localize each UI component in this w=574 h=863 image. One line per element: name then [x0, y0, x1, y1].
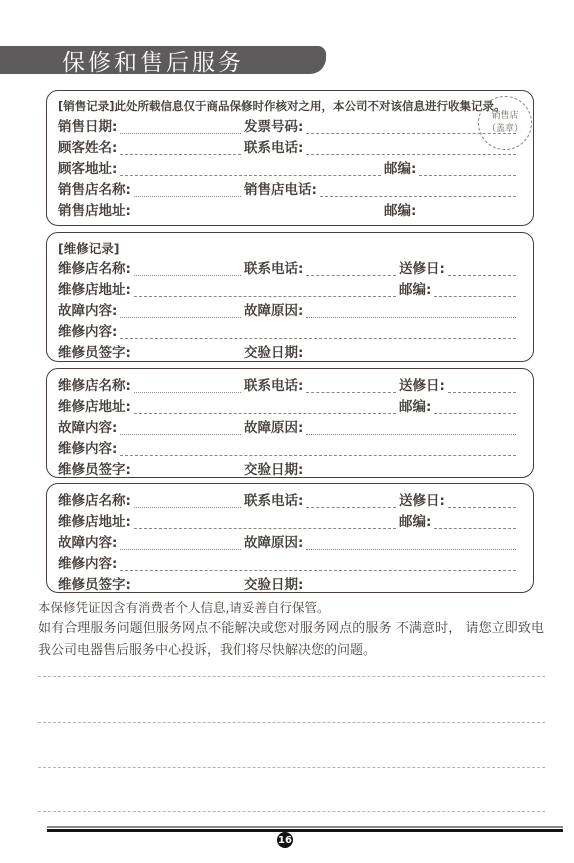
- sales-shop-address-label: 销售店地址:: [58, 203, 131, 220]
- send-date-blank-line: [448, 382, 516, 393]
- complaint-notice-text: 如有合理服务问题但服务网点不能解决或您对服务网点的服务 不满意时， 请您立即致电…: [38, 618, 544, 661]
- repair-content-blank-line: [120, 445, 516, 456]
- repair-content-label: 维修内容:: [58, 556, 117, 573]
- warranty-service-page: 保修和售后服务 [销售记录]此处所载信息仅于商品保修时作核对之用，本公司不对该信…: [0, 0, 574, 863]
- repair-shop-name-blank-line: [134, 265, 241, 276]
- repairer-signature-label: 维修员签字:: [58, 462, 131, 479]
- repairer-signature-label: 维修员签字:: [58, 345, 131, 362]
- repair-address-row: 维修店地址: 邮编:: [58, 395, 519, 416]
- repair-content-blank-line: [120, 560, 516, 571]
- repair-shop-address-label: 维修店地址:: [58, 282, 131, 299]
- repair-record-section-3: 维修店名称: 联系电话: 送修日: 维修店地址: 邮编:: [46, 483, 534, 593]
- repair-shop-row: 维修店名称: 联系电话: 送修日:: [58, 257, 519, 278]
- repair-zip-blank-line: [434, 403, 516, 414]
- fault-reason-blank-line: [306, 539, 516, 550]
- customer-address-label: 顾客地址:: [58, 161, 117, 178]
- repair-zip-blank-line: [434, 286, 516, 297]
- fault-row: 故障内容: 故障原因:: [58, 299, 519, 320]
- repair-record-title: [维修记录]: [58, 238, 519, 257]
- keep-notice-text: 本保修凭证因含有消费者个人信息,请妥善自行保管。: [38, 598, 329, 616]
- sale-date-blank-line: [120, 123, 241, 134]
- sales-record-section: [销售记录]此处所载信息仅于商品保修时作核对之用，本公司不对该信息进行收集记录。…: [46, 90, 534, 226]
- repair-contact-phone-blank-line: [306, 265, 396, 276]
- repair-shop-name-blank-line: [134, 497, 241, 508]
- invoice-no-label: 发票号码:: [244, 119, 303, 136]
- blank-note-line: [38, 676, 545, 677]
- repair-contact-phone-label: 联系电话:: [244, 493, 303, 510]
- signature-row: 维修员签字: 交验日期:: [58, 341, 519, 362]
- page-title: 保修和售后服务: [62, 44, 244, 77]
- repair-zip-blank-line: [434, 518, 516, 529]
- send-date-blank-line: [448, 265, 516, 276]
- fault-reason-blank-line: [306, 307, 516, 318]
- repair-content-row: 维修内容:: [58, 552, 519, 573]
- fault-content-label: 故障内容:: [58, 420, 117, 437]
- sale-date-row: 销售日期: 发票号码:: [58, 115, 519, 136]
- repair-record-section-2: 维修店名称: 联系电话: 送修日: 维修店地址: 邮编:: [46, 368, 534, 478]
- repair-shop-address-label: 维修店地址:: [58, 399, 131, 416]
- zip-blank-line: [419, 165, 516, 176]
- sale-date-label: 销售日期:: [58, 119, 117, 136]
- blank-note-line: [38, 722, 545, 723]
- fault-reason-blank-line: [306, 424, 516, 435]
- fault-content-label: 故障内容:: [58, 303, 117, 320]
- customer-address-blank-line: [120, 165, 381, 176]
- footer-rule-gray: [47, 826, 563, 828]
- repair-address-row: 维修店地址: 邮编:: [58, 278, 519, 299]
- repair-content-label: 维修内容:: [58, 441, 117, 458]
- zip-label: 邮编:: [399, 399, 431, 416]
- fault-content-label: 故障内容:: [58, 535, 117, 552]
- stamp-line1: 销售店: [491, 110, 518, 123]
- repair-content-label: 维修内容:: [58, 324, 117, 341]
- fault-reason-label: 故障原因:: [244, 535, 303, 552]
- zip-label: 邮编:: [399, 514, 431, 531]
- zip-label: 邮编:: [384, 161, 416, 178]
- sales-shop-name-label: 销售店名称:: [58, 182, 131, 199]
- sales-shop-name-blank-line: [134, 186, 241, 197]
- repair-shop-row: 维修店名称: 联系电话: 送修日:: [58, 374, 519, 395]
- repair-contact-phone-label: 联系电话:: [244, 261, 303, 278]
- fault-row: 故障内容: 故障原因:: [58, 416, 519, 437]
- zip-label: 邮编:: [399, 282, 431, 299]
- repair-address-row: 维修店地址: 邮编:: [58, 510, 519, 531]
- check-date-label: 交验日期:: [244, 577, 303, 594]
- repairer-signature-label: 维修员签字:: [58, 577, 131, 594]
- fault-content-blank-line: [120, 539, 241, 550]
- customer-name-label: 顾客姓名:: [58, 140, 117, 157]
- customer-address-row: 顾客地址: 邮编:: [58, 157, 519, 178]
- send-date-label: 送修日:: [399, 378, 445, 395]
- fault-content-blank-line: [120, 424, 241, 435]
- send-date-label: 送修日:: [399, 493, 445, 510]
- repair-record-section-1: [维修记录] 维修店名称: 联系电话: 送修日: 维修店地址: 邮编:: [46, 232, 534, 362]
- repair-shop-name-blank-line: [134, 382, 241, 393]
- sales-shop-phone-label: 销售店电话:: [244, 182, 317, 199]
- seller-stamp-circle: 销售店 （盖章）: [478, 96, 532, 150]
- send-date-blank-line: [448, 497, 516, 508]
- contact-phone-blank-line: [306, 144, 516, 155]
- fault-reason-label: 故障原因:: [244, 420, 303, 437]
- signature-row: 维修员签字: 交验日期:: [58, 573, 519, 594]
- repair-contact-phone-blank-line: [306, 382, 396, 393]
- fault-reason-label: 故障原因:: [244, 303, 303, 320]
- repair-shop-name-label: 维修店名称:: [58, 261, 131, 278]
- fault-content-blank-line: [120, 307, 241, 318]
- signature-row: 维修员签字: 交验日期:: [58, 458, 519, 479]
- repair-shop-address-label: 维修店地址:: [58, 514, 131, 531]
- sales-shop-name-row: 销售店名称: 销售店电话:: [58, 178, 519, 199]
- zip-label: 邮编:: [384, 203, 416, 220]
- repair-shop-address-blank-line: [134, 403, 396, 414]
- contact-phone-label: 联系电话:: [244, 140, 303, 157]
- repair-content-blank-line: [120, 328, 516, 339]
- blank-note-line: [38, 811, 545, 812]
- repair-shop-name-label: 维修店名称:: [58, 493, 131, 510]
- repair-contact-phone-label: 联系电话:: [244, 378, 303, 395]
- repair-content-row: 维修内容:: [58, 320, 519, 341]
- repair-shop-name-label: 维修店名称:: [58, 378, 131, 395]
- sales-shop-phone-blank-line: [320, 186, 516, 197]
- blank-note-line: [38, 767, 545, 768]
- repair-contact-phone-blank-line: [306, 497, 396, 508]
- stamp-line2: （盖章）: [487, 123, 523, 136]
- sales-shop-address-row: 销售店地址: 邮编:: [58, 199, 519, 220]
- repair-shop-address-blank-line: [134, 286, 396, 297]
- repair-content-row: 维修内容:: [58, 437, 519, 458]
- send-date-label: 送修日:: [399, 261, 445, 278]
- footer-rule-black: [47, 829, 563, 832]
- check-date-label: 交验日期:: [244, 462, 303, 479]
- customer-name-row: 顾客姓名: 联系电话:: [58, 136, 519, 157]
- customer-name-blank-line: [120, 144, 241, 155]
- section-title-bar: 保修和售后服务: [0, 46, 326, 74]
- sales-record-notice: [销售记录]此处所载信息仅于商品保修时作核对之用，本公司不对该信息进行收集记录。: [58, 96, 519, 115]
- repair-shop-row: 维修店名称: 联系电话: 送修日:: [58, 489, 519, 510]
- repair-shop-address-blank-line: [134, 518, 396, 529]
- page-number-badge: 16: [277, 832, 293, 848]
- fault-row: 故障内容: 故障原因:: [58, 531, 519, 552]
- check-date-label: 交验日期:: [244, 345, 303, 362]
